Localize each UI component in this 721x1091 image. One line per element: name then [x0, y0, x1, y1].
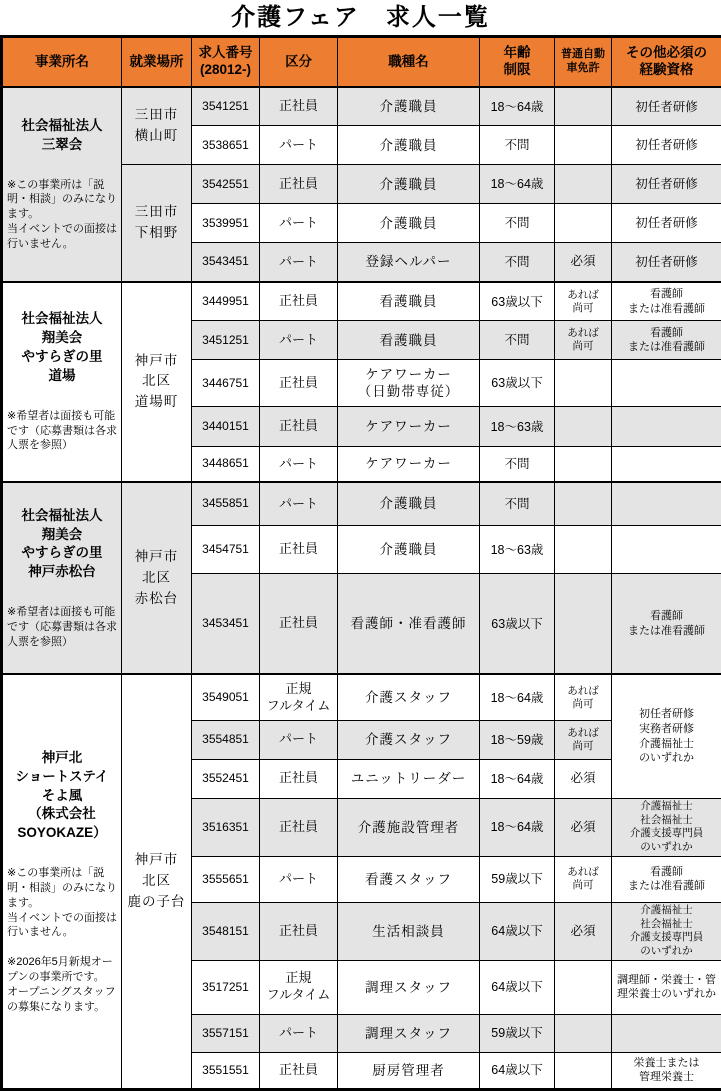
job-number: 3549051: [192, 674, 260, 720]
col-header-job-number: 求人番号 (28012-): [192, 37, 260, 87]
license-requirement: [555, 482, 612, 526]
job-number: 3552451: [192, 759, 260, 798]
license-requirement: [555, 960, 612, 1014]
job-number: 3448651: [192, 447, 260, 482]
job-number: 3551551: [192, 1052, 260, 1089]
office-note: ※希望者は面接も可能です（応募書類は各求人票を参照）: [7, 605, 117, 650]
age-limit: 不問: [480, 321, 555, 360]
category: パート: [260, 482, 338, 526]
job-title: 看護師・准看護師: [338, 574, 480, 675]
job-number: 3541251: [192, 87, 260, 126]
job-number: 3555651: [192, 856, 260, 902]
age-limit: 不問: [480, 447, 555, 482]
category: 正社員: [260, 407, 338, 447]
age-limit: 不問: [480, 126, 555, 165]
job-title: 介護スタッフ: [338, 720, 480, 759]
job-number: 3543451: [192, 243, 260, 282]
table-header: 事業所名 就業場所 求人番号 (28012-) 区分 職種名 年齢 制限 普通自…: [2, 37, 721, 87]
job-number: 3454751: [192, 526, 260, 574]
qualification: 初任者研修: [612, 165, 721, 204]
job-number: 3451251: [192, 321, 260, 360]
col-header-location: 就業場所: [122, 37, 192, 87]
qualification: 看護師 または准看護師: [612, 856, 721, 902]
license-requirement: [555, 204, 612, 243]
qualification: 介護福祉士 社会福祉士 介護支援専門員 のいずれか: [612, 902, 721, 960]
age-limit: 64歳以下: [480, 960, 555, 1014]
job-title: 看護スタッフ: [338, 856, 480, 902]
age-limit: 18～64歳: [480, 87, 555, 126]
job-number: 3554851: [192, 720, 260, 759]
job-number: 3449951: [192, 282, 260, 321]
office-name: 神戸北 ショートステイ そよ風 （株式会社 SOYOKAZE）: [7, 749, 117, 843]
license-requirement: [555, 447, 612, 482]
category: 正社員: [260, 282, 338, 321]
job-title: 介護職員: [338, 204, 480, 243]
col-header-office: 事業所名: [2, 37, 122, 87]
license-requirement: 必須: [555, 243, 612, 282]
job-title: ケアワーカー （日勤帯専従）: [338, 360, 480, 407]
license-requirement: [555, 1052, 612, 1089]
job-title: 介護施設管理者: [338, 798, 480, 856]
license-requirement: 必須: [555, 798, 612, 856]
license-requirement: あれば 尚可: [555, 720, 612, 759]
job-title: 登録ヘルパー: [338, 243, 480, 282]
license-requirement: [555, 1014, 612, 1052]
job-title: 介護職員: [338, 482, 480, 526]
category: 正社員: [260, 574, 338, 675]
category: 正規 フルタイム: [260, 960, 338, 1014]
category: 正社員: [260, 360, 338, 407]
age-limit: 63歳以下: [480, 574, 555, 675]
job-number: 3538651: [192, 126, 260, 165]
category: 正社員: [260, 165, 338, 204]
category: 正規 フルタイム: [260, 674, 338, 720]
work-location: 神戸市 北区 赤松台: [122, 482, 192, 674]
job-number: 3557151: [192, 1014, 260, 1052]
age-limit: 63歳以下: [480, 282, 555, 321]
job-number: 3455851: [192, 482, 260, 526]
license-requirement: [555, 574, 612, 675]
job-listing-table: 事業所名 就業場所 求人番号 (28012-) 区分 職種名 年齢 制限 普通自…: [0, 35, 721, 1090]
page-title: 介護フェア 求人一覧: [0, 0, 721, 35]
job-title: ケアワーカー: [338, 447, 480, 482]
qualification: 看護師 または准看護師: [612, 321, 721, 360]
age-limit: 63歳以下: [480, 360, 555, 407]
license-requirement: [555, 165, 612, 204]
qualification: 調理師・栄養士・管理栄養士のいずれか: [612, 960, 721, 1014]
table-row: 神戸北 ショートステイ そよ風 （株式会社 SOYOKAZE） ※この事業所は「…: [2, 674, 721, 720]
col-header-category: 区分: [260, 37, 338, 87]
qualification: 初任者研修: [612, 243, 721, 282]
qualification: 看護師 または准看護師: [612, 282, 721, 321]
category: 正社員: [260, 759, 338, 798]
category: パート: [260, 204, 338, 243]
qualification: 初任者研修: [612, 87, 721, 126]
job-number: 3453451: [192, 574, 260, 675]
table-row: 社会福祉法人 三翠会 ※この事業所は「説明・相談」のみになります。 当イベントで…: [2, 87, 721, 126]
office-cell: 神戸北 ショートステイ そよ風 （株式会社 SOYOKAZE） ※この事業所は「…: [2, 674, 122, 1089]
age-limit: 不問: [480, 243, 555, 282]
work-location: 三田市 下相野: [122, 165, 192, 282]
age-limit: 59歳以下: [480, 1014, 555, 1052]
job-listing-page: 介護フェア 求人一覧 事業所名 就業場所 求人番号 (28012-) 区分 職種…: [0, 0, 721, 1091]
age-limit: 18～63歳: [480, 407, 555, 447]
qualification: 初任者研修 実務者研修 介護福祉士 のいずれか: [612, 674, 721, 798]
license-requirement: 必須: [555, 902, 612, 960]
license-requirement: [555, 360, 612, 407]
header-row: 事業所名 就業場所 求人番号 (28012-) 区分 職種名 年齢 制限 普通自…: [2, 37, 721, 87]
job-number: 3539951: [192, 204, 260, 243]
work-location: 神戸市 北区 鹿の子台: [122, 674, 192, 1089]
category: 正社員: [260, 87, 338, 126]
job-number: 3542551: [192, 165, 260, 204]
job-title: 介護職員: [338, 87, 480, 126]
age-limit: 64歳以下: [480, 902, 555, 960]
office-cell: 社会福祉法人 三翠会 ※この事業所は「説明・相談」のみになります。 当イベントで…: [2, 87, 122, 282]
category: 正社員: [260, 902, 338, 960]
age-limit: 18～64歳: [480, 674, 555, 720]
office-cell: 社会福祉法人 翔美会 やすらぎの里 道場 ※希望者は面接も可能です（応募書類は各…: [2, 282, 122, 482]
qualification: 介護福祉士 社会福祉士 介護支援専門員 のいずれか: [612, 798, 721, 856]
table-row: 社会福祉法人 翔美会 やすらぎの里 道場 ※希望者は面接も可能です（応募書類は各…: [2, 282, 721, 321]
category: パート: [260, 126, 338, 165]
age-limit: 18～63歳: [480, 526, 555, 574]
license-requirement: [555, 87, 612, 126]
qualification: 看護師 または准看護師: [612, 574, 721, 675]
office-note: ※希望者は面接も可能です（応募書類は各求人票を参照）: [7, 409, 117, 454]
office-cell: 社会福祉法人 翔美会 やすらぎの里 神戸赤松台 ※希望者は面接も可能です（応募書…: [2, 482, 122, 674]
category: パート: [260, 321, 338, 360]
table-row: 社会福祉法人 翔美会 やすらぎの里 神戸赤松台 ※希望者は面接も可能です（応募書…: [2, 482, 721, 526]
job-title: 看護職員: [338, 282, 480, 321]
license-requirement: あれば 尚可: [555, 321, 612, 360]
office-note: ※この事業所は「説明・相談」のみになります。 当イベントでの面接は行いません。: [7, 178, 117, 252]
qualification: [612, 447, 721, 482]
age-limit: 不問: [480, 204, 555, 243]
license-requirement: [555, 126, 612, 165]
qualification: 初任者研修: [612, 126, 721, 165]
job-number: 3440151: [192, 407, 260, 447]
category: パート: [260, 720, 338, 759]
license-requirement: あれば 尚可: [555, 856, 612, 902]
category: パート: [260, 243, 338, 282]
job-title: 介護職員: [338, 526, 480, 574]
job-title: 介護職員: [338, 165, 480, 204]
category: 正社員: [260, 798, 338, 856]
job-title: 介護職員: [338, 126, 480, 165]
license-requirement: あれば 尚可: [555, 282, 612, 321]
job-number: 3517251: [192, 960, 260, 1014]
category: パート: [260, 447, 338, 482]
age-limit: 18～64歳: [480, 165, 555, 204]
job-title: 生活相談員: [338, 902, 480, 960]
age-limit: 不問: [480, 482, 555, 526]
job-title: 調理スタッフ: [338, 1014, 480, 1052]
work-location: 三田市 横山町: [122, 87, 192, 165]
qualification: 栄養士または 管理栄養士: [612, 1052, 721, 1089]
category: 正社員: [260, 1052, 338, 1089]
qualification: 初任者研修: [612, 204, 721, 243]
license-requirement: [555, 526, 612, 574]
category: パート: [260, 856, 338, 902]
job-title: ケアワーカー: [338, 407, 480, 447]
qualification: [612, 407, 721, 447]
qualification: [612, 360, 721, 407]
age-limit: 18～64歳: [480, 798, 555, 856]
qualification: [612, 526, 721, 574]
work-location: 神戸市 北区 道場町: [122, 282, 192, 482]
job-title: 調理スタッフ: [338, 960, 480, 1014]
license-requirement: あれば 尚可: [555, 674, 612, 720]
license-requirement: 必須: [555, 759, 612, 798]
job-title: ユニットリーダー: [338, 759, 480, 798]
office-name: 社会福祉法人 三翠会: [7, 117, 117, 155]
job-title: 厨房管理者: [338, 1052, 480, 1089]
job-number: 3516351: [192, 798, 260, 856]
office-note: ※この事業所は「説明・相談」のみになります。 当イベントでの面接は行いません。 …: [7, 866, 117, 1014]
category: パート: [260, 1014, 338, 1052]
qualification: [612, 482, 721, 526]
category: 正社員: [260, 526, 338, 574]
qualification: [612, 1014, 721, 1052]
col-header-job-title: 職種名: [338, 37, 480, 87]
col-header-qualifications: その他必須の 経験資格: [612, 37, 721, 87]
license-requirement: [555, 407, 612, 447]
col-header-age-limit: 年齢 制限: [480, 37, 555, 87]
age-limit: 59歳以下: [480, 856, 555, 902]
age-limit: 64歳以下: [480, 1052, 555, 1089]
job-number: 3446751: [192, 360, 260, 407]
age-limit: 18～64歳: [480, 759, 555, 798]
office-name: 社会福祉法人 翔美会 やすらぎの里 道場: [7, 310, 117, 386]
age-limit: 18～59歳: [480, 720, 555, 759]
job-title: 介護スタッフ: [338, 674, 480, 720]
col-header-license: 普通自動 車免許: [555, 37, 612, 87]
office-name: 社会福祉法人 翔美会 やすらぎの里 神戸赤松台: [7, 507, 117, 583]
job-number: 3548151: [192, 902, 260, 960]
job-title: 看護職員: [338, 321, 480, 360]
